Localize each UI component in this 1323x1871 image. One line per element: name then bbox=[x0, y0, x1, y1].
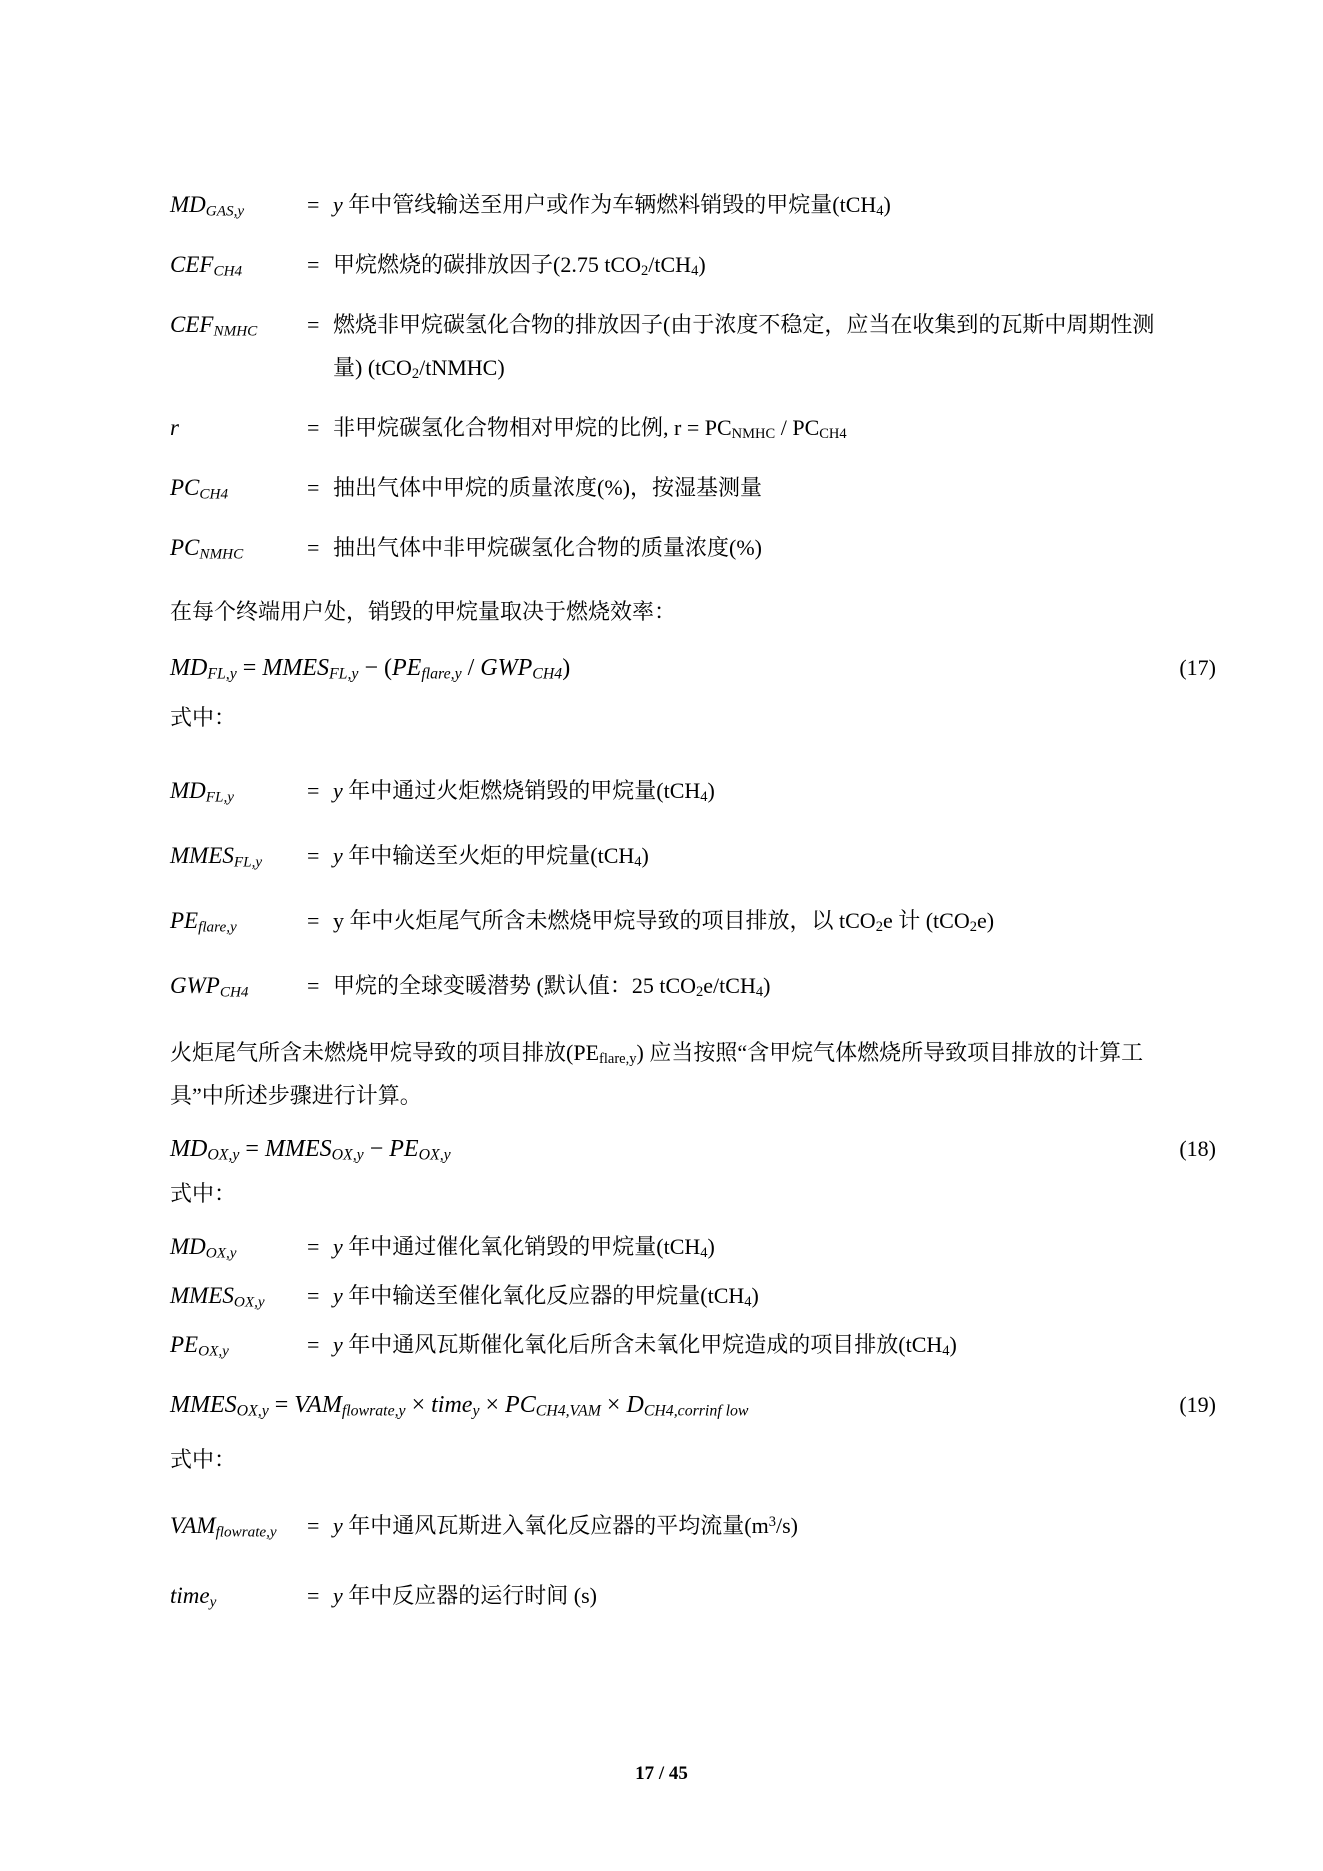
definition-row: CEFCH4 = 甲烷燃烧的碳排放因子(2.75 tCO2/tCH4) bbox=[170, 243, 1216, 286]
term-description: y 年中通风瓦斯进入氧化反应器的平均流量(m3/s) bbox=[333, 1504, 1216, 1547]
equals-sign: = bbox=[307, 899, 333, 942]
equals-sign: = bbox=[307, 1225, 333, 1268]
definition-row: GWPCH4 = 甲烷的全球变暖潜势 (默认值：25 tCO2e/tCH4) bbox=[170, 964, 1216, 1007]
equation-number: (19) bbox=[1179, 1383, 1216, 1426]
equals-sign: = bbox=[307, 526, 333, 569]
paragraph-burn-efficiency: 在每个终端用户处，销毁的甲烷量取决于燃烧效率： bbox=[170, 590, 1162, 633]
definition-row: CEFNMHC = 燃烧非甲烷碳氢化合物的排放因子(由于浓度不稳定，应当在收集到… bbox=[170, 303, 1216, 389]
equals-sign: = bbox=[307, 1574, 333, 1617]
equation-number: (18) bbox=[1179, 1127, 1216, 1170]
equation-formula: MDFL,y = MMESFL,y − (PEflare,y / GWPCH4) bbox=[170, 647, 570, 690]
equals-sign: = bbox=[307, 406, 333, 449]
term-description: y 年中通过催化氧化销毁的甲烷量(tCH4) bbox=[333, 1225, 1216, 1268]
term-symbol: MDFL,y bbox=[170, 769, 307, 812]
definition-list-d: VAMflowrate,y = y 年中通风瓦斯进入氧化反应器的平均流量(m3/… bbox=[170, 1504, 1216, 1617]
definition-row: PCCH4 = 抽出气体中甲烷的质量浓度(%)，按湿基测量 bbox=[170, 466, 1216, 509]
document-page: MDGAS,y = y 年中管线输送至用户或作为车辆燃料销毁的甲烷量(tCH4)… bbox=[0, 0, 1323, 1871]
term-symbol: PEflare,y bbox=[170, 899, 307, 942]
definition-row: MDOX,y = y 年中通过催化氧化销毁的甲烷量(tCH4) bbox=[170, 1225, 1216, 1268]
equals-sign: = bbox=[307, 1274, 333, 1317]
term-description: 抽出气体中非甲烷碳氢化合物的质量浓度(%) bbox=[333, 526, 1216, 569]
page-number: 17 / 45 bbox=[0, 1763, 1323, 1785]
term-symbol: MDOX,y bbox=[170, 1225, 307, 1268]
term-description: 甲烷的全球变暖潜势 (默认值：25 tCO2e/tCH4) bbox=[333, 964, 1216, 1007]
term-symbol: CEFNMHC bbox=[170, 303, 307, 346]
definition-row: MMESOX,y = y 年中输送至催化氧化反应器的甲烷量(tCH4) bbox=[170, 1274, 1216, 1317]
where-label: 式中： bbox=[170, 1438, 1216, 1481]
term-description: 非甲烷碳氢化合物相对甲烷的比例, r = PCNMHC / PCCH4 bbox=[333, 406, 1216, 449]
definition-row: PEflare,y = y 年中火炬尾气所含未燃烧甲烷导致的项目排放，以 tCO… bbox=[170, 899, 1216, 942]
term-symbol: MMESFL,y bbox=[170, 834, 307, 877]
definition-row: MDGAS,y = y 年中管线输送至用户或作为车辆燃料销毁的甲烷量(tCH4) bbox=[170, 183, 1216, 226]
equation-formula: MMESOX,y = VAMflowrate,y × timey × PCCH4… bbox=[170, 1384, 748, 1427]
page-content: MDGAS,y = y 年中管线输送至用户或作为车辆燃料销毁的甲烷量(tCH4)… bbox=[170, 183, 1216, 1644]
definition-row: PCNMHC = 抽出气体中非甲烷碳氢化合物的质量浓度(%) bbox=[170, 526, 1216, 569]
equals-sign: = bbox=[307, 303, 333, 346]
equation-number: (17) bbox=[1179, 646, 1216, 689]
equals-sign: = bbox=[307, 1323, 333, 1366]
equals-sign: = bbox=[307, 964, 333, 1007]
equals-sign: = bbox=[307, 243, 333, 286]
term-symbol: PEOX,y bbox=[170, 1323, 307, 1366]
term-symbol: PCNMHC bbox=[170, 526, 307, 569]
term-description: y 年中火炬尾气所含未燃烧甲烷导致的项目排放，以 tCO2e 计 (tCO2e) bbox=[333, 899, 1216, 942]
term-symbol: timey bbox=[170, 1574, 307, 1617]
term-symbol: CEFCH4 bbox=[170, 243, 307, 286]
term-description: 甲烷燃烧的碳排放因子(2.75 tCO2/tCH4) bbox=[333, 243, 1216, 286]
equation-17: MDFL,y = MMESFL,y − (PEflare,y / GWPCH4)… bbox=[170, 646, 1216, 690]
paragraph-flare-tool: 火炬尾气所含未燃烧甲烷导致的项目排放(PEflare,y) 应当按照“含甲烷气体… bbox=[170, 1031, 1162, 1117]
equals-sign: = bbox=[307, 466, 333, 509]
equals-sign: = bbox=[307, 834, 333, 877]
definition-row: MMESFL,y = y 年中输送至火炬的甲烷量(tCH4) bbox=[170, 834, 1216, 877]
definition-row: timey = y 年中反应器的运行时间 (s) bbox=[170, 1574, 1216, 1617]
equals-sign: = bbox=[307, 1504, 333, 1547]
definition-row: r = 非甲烷碳氢化合物相对甲烷的比例, r = PCNMHC / PCCH4 bbox=[170, 406, 1216, 449]
term-symbol: MMESOX,y bbox=[170, 1274, 307, 1317]
definition-list-c: MDOX,y = y 年中通过催化氧化销毁的甲烷量(tCH4) MMESOX,y… bbox=[170, 1225, 1216, 1366]
term-description: y 年中管线输送至用户或作为车辆燃料销毁的甲烷量(tCH4) bbox=[333, 183, 1216, 226]
definition-row: MDFL,y = y 年中通过火炬燃烧销毁的甲烷量(tCH4) bbox=[170, 769, 1216, 812]
definition-row: VAMflowrate,y = y 年中通风瓦斯进入氧化反应器的平均流量(m3/… bbox=[170, 1504, 1216, 1547]
term-description: y 年中反应器的运行时间 (s) bbox=[333, 1574, 1216, 1617]
equation-19: MMESOX,y = VAMflowrate,y × timey × PCCH4… bbox=[170, 1383, 1216, 1427]
term-symbol: r bbox=[170, 406, 307, 449]
definition-row: PEOX,y = y 年中通风瓦斯催化氧化后所含未氧化甲烷造成的项目排放(tCH… bbox=[170, 1323, 1216, 1366]
term-description: y 年中通风瓦斯催化氧化后所含未氧化甲烷造成的项目排放(tCH4) bbox=[333, 1323, 1216, 1366]
equals-sign: = bbox=[307, 183, 333, 226]
equation-18: MDOX,y = MMESOX,y − PEOX,y (18) bbox=[170, 1127, 1216, 1171]
definition-list-b: MDFL,y = y 年中通过火炬燃烧销毁的甲烷量(tCH4) MMESFL,y… bbox=[170, 769, 1216, 1007]
term-description: y 年中通过火炬燃烧销毁的甲烷量(tCH4) bbox=[333, 769, 1216, 812]
term-symbol: PCCH4 bbox=[170, 466, 307, 509]
term-symbol: VAMflowrate,y bbox=[170, 1504, 307, 1547]
term-description: y 年中输送至催化氧化反应器的甲烷量(tCH4) bbox=[333, 1274, 1216, 1317]
equation-formula: MDOX,y = MMESOX,y − PEOX,y bbox=[170, 1128, 451, 1171]
term-description: 抽出气体中甲烷的质量浓度(%)，按湿基测量 bbox=[333, 466, 1216, 509]
term-symbol: MDGAS,y bbox=[170, 183, 307, 226]
definition-list-a: MDGAS,y = y 年中管线输送至用户或作为车辆燃料销毁的甲烷量(tCH4)… bbox=[170, 183, 1216, 569]
term-description: 燃烧非甲烷碳氢化合物的排放因子(由于浓度不稳定，应当在收集到的瓦斯中周期性测量)… bbox=[333, 303, 1163, 389]
where-label: 式中： bbox=[170, 696, 1216, 739]
term-symbol: GWPCH4 bbox=[170, 964, 307, 1007]
term-description: y 年中输送至火炬的甲烷量(tCH4) bbox=[333, 834, 1216, 877]
where-label: 式中： bbox=[170, 1172, 1216, 1215]
equals-sign: = bbox=[307, 769, 333, 812]
